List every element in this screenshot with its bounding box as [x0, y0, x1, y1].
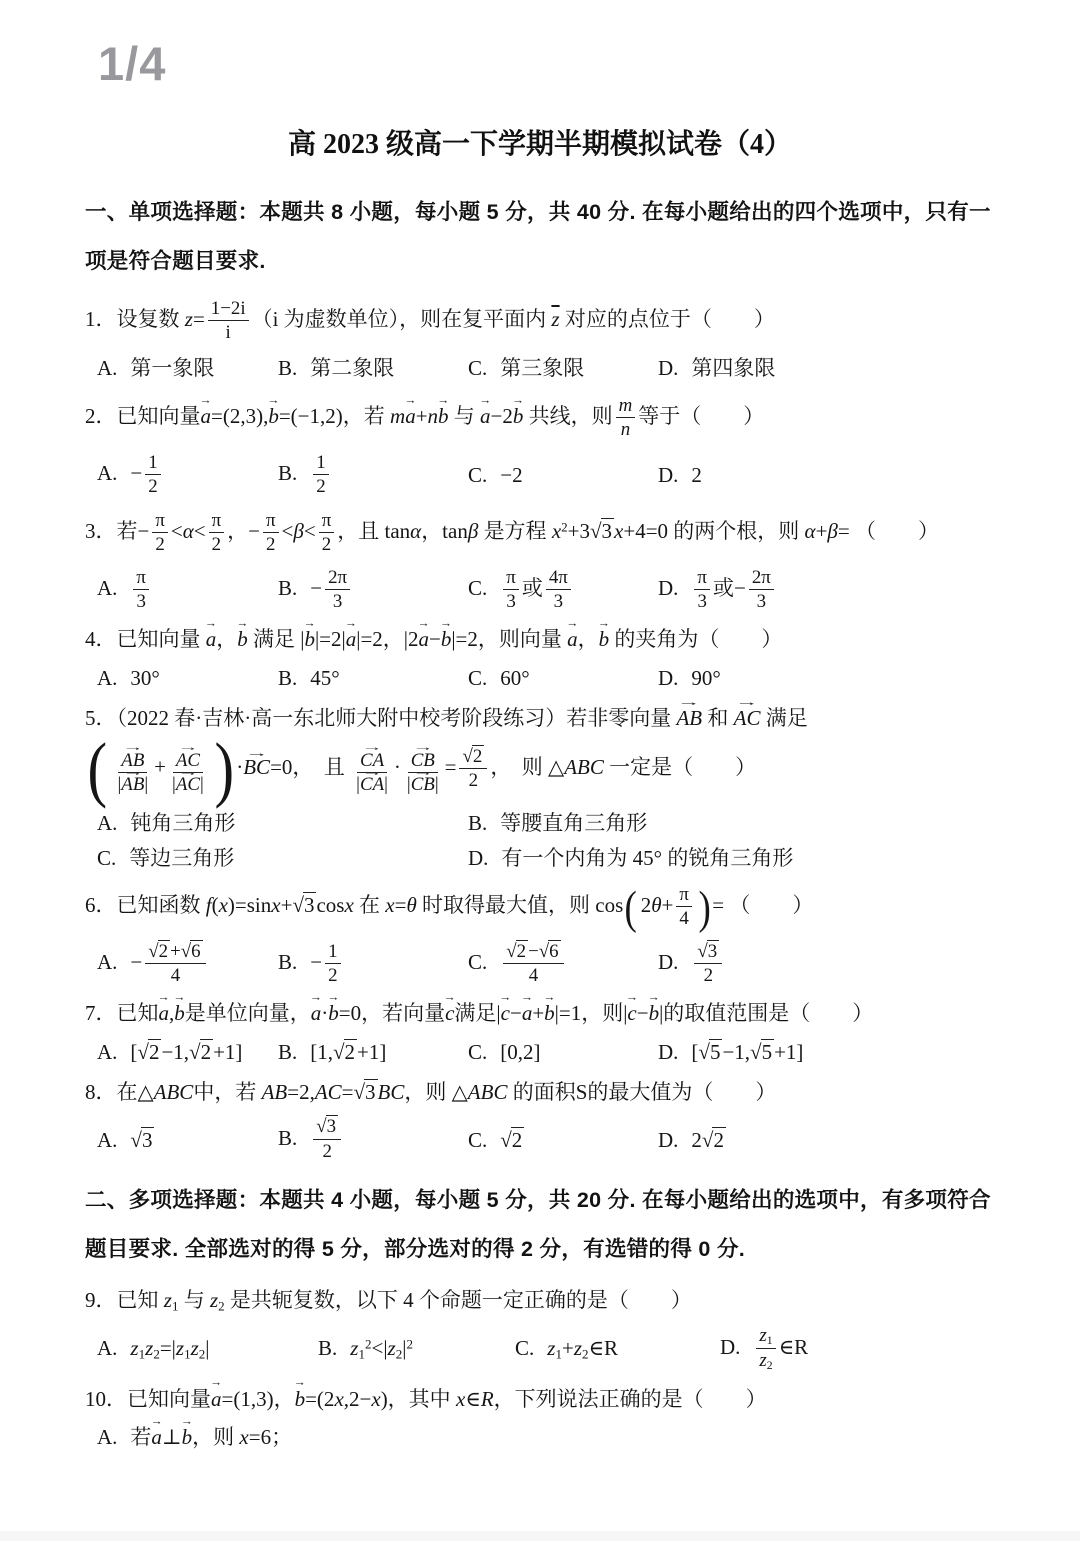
option-text: π3或4π3: [500, 576, 574, 600]
question-8-options: A.√3B.√32C.√2D.2√2: [85, 1115, 1002, 1164]
option-text: [1,√2+1]: [310, 1039, 386, 1064]
option-text: −2π3: [310, 576, 353, 600]
option-text: 若a⊥b，则 x=6；: [130, 1425, 292, 1449]
option-c: C.π3或4π3: [468, 566, 658, 615]
option-label: D.: [658, 950, 678, 974]
option-a: A.钝角三角形: [97, 808, 468, 838]
option-c: C.−2: [468, 460, 658, 490]
option-c: C.等边三角形: [97, 843, 468, 873]
option-label: B.: [278, 356, 297, 380]
option-text: 等腰直角三角形: [500, 811, 647, 835]
option-d: D.有一个内角为 45° 的锐角三角形: [468, 843, 1002, 873]
option-label: A.: [97, 1040, 117, 1064]
option-label: C.: [468, 356, 487, 380]
option-text: π3或−2π3: [691, 576, 776, 600]
option-label: C.: [468, 576, 487, 600]
option-label: A.: [97, 356, 117, 380]
question-3-options: A.π3B.−2π3C.π3或4π3D.π3或−2π3: [85, 566, 1002, 615]
option-label: D.: [658, 576, 678, 600]
option-text: 30°: [130, 666, 159, 690]
option-label: C.: [468, 463, 487, 487]
option-c: C.60°: [468, 663, 658, 693]
option-label: B.: [468, 811, 487, 835]
question-2-stem: 2．已知向量a=(2,3),b=(−1,2)，若 ma+nb 与 a−2b 共线…: [85, 394, 1002, 443]
option-text: 2: [691, 463, 702, 487]
question-6-options: A.−√2+√64B.−12C.√2−√64D.√32: [85, 940, 1002, 989]
option-a: A.√3: [97, 1125, 278, 1155]
option-text: z1+z2∈R: [547, 1336, 618, 1360]
question-10-option-a: A.若a⊥b，则 x=6；: [85, 1422, 1002, 1452]
option-label: D.: [468, 846, 488, 870]
option-text: 第三象限: [500, 356, 584, 380]
section-2-instructions: 二、多项选择题：本题共 4 小题，每小题 5 分，共 20 分. 在每小题给出的…: [85, 1176, 1002, 1275]
option-text: −12: [130, 461, 163, 485]
option-b: B.√32: [278, 1115, 468, 1164]
option-c: C.√2: [468, 1125, 658, 1155]
option-label: D.: [658, 1040, 678, 1064]
option-label: D.: [658, 666, 678, 690]
question-9-options: A.z1z2=|z1z2|B.z12<|z2|2C.z1+z2∈RD.z1z2∈…: [85, 1324, 1002, 1374]
option-label: C.: [97, 846, 116, 870]
question-6-stem: 6．已知函数 f(x)=sinx+√3cosx 在 x=θ 时取得最大值，则 c…: [85, 883, 1002, 932]
option-label: B.: [318, 1336, 337, 1360]
option-label: A.: [97, 1336, 117, 1360]
option-a: A.z1z2=|z1z2|: [97, 1333, 318, 1364]
question-10-stem: 10．已知向量a=(1,3)，b=(2x,2−x)，其中 x∈R，下列说法正确的…: [85, 1384, 1002, 1414]
option-label: A.: [97, 576, 117, 600]
option-text: z1z2∈R: [753, 1335, 808, 1359]
option-d: D.z1z2∈R: [720, 1324, 1002, 1374]
question-1-options: A.第一象限B.第二象限C.第三象限D.第四象限: [85, 353, 1002, 383]
option-text: −√2+√64: [130, 950, 208, 974]
question-4-stem: 4．已知向量 a，b 满足 |b|=2|a|=2，|2a−b|=2，则向量 a，…: [85, 624, 1002, 654]
option-a: A.−√2+√64: [97, 940, 278, 989]
page-edge: [0, 1531, 1080, 1541]
option-label: C.: [468, 1128, 487, 1152]
option-label: D.: [658, 356, 678, 380]
option-a: A.−12: [97, 451, 278, 500]
option-d: D.[√5−1,√5+1]: [658, 1037, 1002, 1067]
option-text: [0,2]: [500, 1040, 540, 1064]
option-text: 2√2: [691, 1127, 726, 1152]
option-a: A.π3: [97, 566, 278, 615]
option-d: D.√32: [658, 940, 1002, 989]
option-d: D.第四象限: [658, 353, 1002, 383]
option-label: C.: [468, 1040, 487, 1064]
question-5-formula: (AB|AB|+AC|AC|)·BC=0， 且 CA|CA|·CB|CB|=√2…: [85, 738, 1002, 800]
question-7-options: A.[√2−1,√2+1]B.[1,√2+1]C.[0,2]D.[√5−1,√5…: [85, 1037, 1002, 1067]
option-d: D.2√2: [658, 1125, 1002, 1155]
option-label: C.: [515, 1336, 534, 1360]
question-3-stem: 3．若−π2<α<π2，−π2<β<π2，且 tanα，tanβ 是方程 x2+…: [85, 509, 1002, 558]
option-b: B.等腰直角三角形: [468, 808, 1002, 838]
option-text: 第二象限: [310, 356, 394, 380]
option-text: π3: [130, 576, 152, 600]
option-text: √2: [500, 1127, 524, 1152]
option-b: B.−12: [278, 940, 468, 989]
option-d: D.2: [658, 460, 1002, 490]
option-a: A.[√2−1,√2+1]: [97, 1037, 278, 1067]
option-b: B.12: [278, 451, 468, 500]
option-text: √3: [130, 1127, 154, 1152]
option-b: B.−2π3: [278, 566, 468, 615]
option-label: D.: [720, 1335, 740, 1359]
option-c: C.[0,2]: [468, 1037, 658, 1067]
option-a: A.第一象限: [97, 353, 278, 383]
option-text: √32: [691, 950, 725, 974]
option-label: C.: [468, 666, 487, 690]
exam-body: 一、单项选择题：本题共 8 小题，每小题 5 分，共 40 分. 在每小题给出的…: [0, 162, 1080, 1452]
option-text: −2: [500, 463, 522, 487]
option-a: A.30°: [97, 663, 278, 693]
option-c: C.√2−√64: [468, 940, 658, 989]
option-label: B.: [278, 950, 297, 974]
option-text: √32: [310, 1126, 344, 1150]
option-b: B.z12<|z2|2: [318, 1333, 515, 1364]
option-text: 钝角三角形: [130, 811, 235, 835]
option-b: B.45°: [278, 663, 468, 693]
page-indicator: 1/4: [98, 40, 166, 87]
option-label: C.: [468, 950, 487, 974]
option-label: A.: [97, 461, 117, 485]
option-text: 90°: [691, 666, 720, 690]
question-4-options: A.30°B.45°C.60°D.90°: [85, 663, 1002, 693]
question-8-stem: 8．在△ABC中，若 AB=2,AC=√3BC，则 △ABC 的面积S的最大值为…: [85, 1077, 1002, 1107]
option-text: −12: [310, 950, 343, 974]
option-text: 12: [310, 461, 331, 485]
option-label: B.: [278, 576, 297, 600]
option-text: [√5−1,√5+1]: [691, 1039, 803, 1064]
question-1-stem: 1．设复数 z=1−2ii（i 为虚数单位），则在复平面内 z 对应的点位于（ …: [85, 297, 1002, 346]
option-label: B.: [278, 1040, 297, 1064]
option-label: D.: [658, 463, 678, 487]
option-label: B.: [278, 461, 297, 485]
option-label: D.: [658, 1128, 678, 1152]
option-text: 有一个内角为 45° 的锐角三角形: [501, 846, 793, 870]
option-d: D.90°: [658, 663, 1002, 693]
option-text: 等边三角形: [129, 846, 234, 870]
question-2-options: A.−12B.12C.−2D.2: [85, 451, 1002, 500]
option-text: √2−√64: [500, 950, 566, 974]
section-1-instructions: 一、单项选择题：本题共 8 小题，每小题 5 分，共 40 分. 在每小题给出的…: [85, 188, 1002, 287]
option-label: B.: [278, 1126, 297, 1150]
option-text: 45°: [310, 666, 339, 690]
option-a: A.若a⊥b，则 x=6；: [97, 1422, 1002, 1452]
option-label: A.: [97, 950, 117, 974]
option-d: D.π3或−2π3: [658, 566, 1002, 615]
option-b: B.第二象限: [278, 353, 468, 383]
option-text: 第一象限: [130, 356, 214, 380]
option-text: z1z2=|z1z2|: [130, 1336, 209, 1360]
option-c: C.z1+z2∈R: [515, 1333, 720, 1364]
option-text: [√2−1,√2+1]: [130, 1039, 242, 1064]
option-label: A.: [97, 811, 117, 835]
exam-page: 1/4 高 2023 级高一下学期半期模拟试卷（4） 一、单项选择题：本题共 8…: [0, 0, 1080, 1541]
option-text: 第四象限: [691, 356, 775, 380]
option-label: A.: [97, 666, 117, 690]
option-c: C.第三象限: [468, 353, 658, 383]
option-text: z12<|z2|2: [350, 1336, 413, 1360]
question-5-options-cd: C.等边三角形D.有一个内角为 45° 的锐角三角形: [85, 843, 1002, 873]
option-label: A.: [97, 1128, 117, 1152]
question-7-stem: 7．已知a,b是单位向量，a·b=0，若向量c满足|c−a+b|=1，则|c−b…: [85, 998, 1002, 1028]
option-label: A.: [97, 1425, 117, 1449]
option-text: 60°: [500, 666, 529, 690]
question-5-options-ab: A.钝角三角形B.等腰直角三角形: [85, 808, 1002, 838]
option-label: B.: [278, 666, 297, 690]
question-9-stem: 9．已知 z1 与 z2 是共轭复数，以下 4 个命题一定正确的是（ ）: [85, 1285, 1002, 1316]
option-b: B.[1,√2+1]: [278, 1037, 468, 1067]
